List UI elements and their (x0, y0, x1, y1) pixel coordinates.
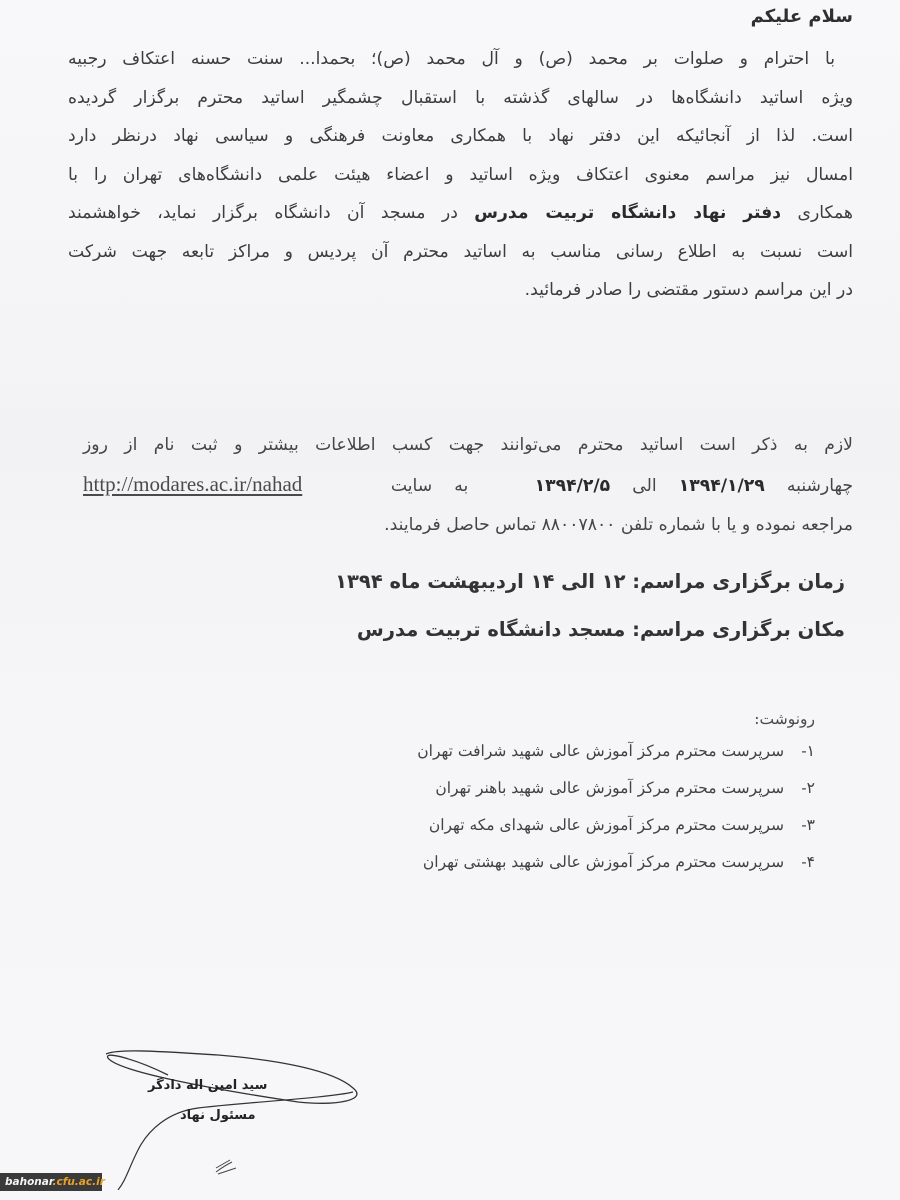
cc-item: ۴- سرپرست محترم مرکز آموزش عالی شهید بهش… (417, 853, 815, 890)
cc-item-number: ۴- (789, 853, 815, 871)
body-line-6: است نسبت به اطلاع رسانی مناسب به اساتید … (68, 233, 853, 272)
ceremony-place: مکان برگزاری مراسم: مسجد دانشگاه تربیت م… (357, 618, 845, 641)
registration-note: لازم به ذکر است اساتید محترم می‌توانند ج… (83, 426, 853, 545)
scanned-letter-page: سلام علیکم با احترام و صلوات بر محمد (ص)… (0, 0, 900, 1200)
signatory-title: مسئول نهاد (180, 1108, 256, 1123)
signatory-name: سید امین اله دادگر (148, 1078, 267, 1093)
body-line-2: ویژه اساتید دانشگاه‌ها در سالهای گذشته ب… (68, 79, 853, 118)
site-watermark: bahonar.cfu.ac.ir (0, 1173, 102, 1191)
ceremony-time: زمان برگزاری مراسم: ۱۲ الی ۱۴ اردیبهشت م… (335, 570, 845, 593)
greeting: سلام علیکم (751, 6, 853, 27)
date-to: ۱۳۹۴/۲/۵ (535, 476, 611, 496)
cc-item-text: سرپرست محترم مرکز آموزش عالی شهید شرافت … (417, 742, 784, 760)
cc-list: ۱- سرپرست محترم مرکز آموزش عالی شهید شرا… (417, 742, 815, 890)
ceremony-time-value: ۱۲ الی ۱۴ اردیبهشت ماه ۱۳۹۴ (335, 570, 625, 593)
cc-item-text: سرپرست محترم مرکز آموزش عالی شهدای مکه ت… (429, 816, 784, 834)
note-weekday: چهارشنبه (787, 476, 853, 496)
cc-item-text: سرپرست محترم مرکز آموزش عالی شهید باهنر … (435, 779, 784, 797)
cc-item: ۲- سرپرست محترم مرکز آموزش عالی شهید باه… (417, 779, 815, 816)
cc-item: ۱- سرپرست محترم مرکز آموزش عالی شهید شرا… (417, 742, 815, 779)
note-phone-suffix: تماس حاصل فرمایند. (384, 515, 536, 535)
body-line-5: همکاری دفتر نهاد دانشگاه تربیت مدرس در م… (68, 194, 853, 233)
body-line-3: است. لذا از آنجائیکه این دفتر نهاد با هم… (68, 117, 853, 156)
body-line-7: در این مراسم دستور مقتضی را صادر فرمائید… (68, 271, 853, 310)
note-line-2: چهارشنبه ۱۳۹۴/۱/۲۹ الی ۱۳۹۴/۲/۵ به سایت … (83, 465, 853, 506)
body-line-5-suffix: در مسجد آن دانشگاه برگزار نماید، خواهشمن… (68, 203, 458, 223)
note-site-label: به سایت (391, 476, 468, 496)
cc-item: ۳- سرپرست محترم مرکز آموزش عالی شهدای مک… (417, 816, 815, 853)
watermark-part-1: bahonar (5, 1176, 53, 1188)
ceremony-time-label: زمان برگزاری مراسم: (632, 570, 845, 593)
ceremony-place-value: مسجد دانشگاه تربیت مدرس (357, 618, 625, 641)
letter-body: با احترام و صلوات بر محمد (ص) و آل محمد … (68, 40, 853, 310)
cc-item-number: ۱- (789, 742, 815, 760)
note-phone-prefix: مراجعه نموده و یا با شماره تلفن (621, 515, 853, 535)
note-line-1: لازم به ذکر است اساتید محترم می‌توانند ج… (83, 426, 853, 465)
cc-item-number: ۲- (789, 779, 815, 797)
body-line-5-prefix: همکاری (798, 203, 853, 223)
website-link[interactable]: http://modares.ac.ir/nahad (83, 472, 302, 496)
cc-item-text: سرپرست محترم مرکز آموزش عالی شهید بهشتی … (423, 853, 784, 871)
organizer-name: دفتر نهاد دانشگاه تربیت مدرس (474, 203, 781, 223)
cc-item-number: ۳- (789, 816, 815, 834)
body-line-4: امسال نیز مراسم معنوی اعتکاف ویژه اساتید… (68, 156, 853, 195)
phone-number: ۸۸۰۰۷۸۰۰ (542, 515, 616, 535)
note-line-3: مراجعه نموده و یا با شماره تلفن ۸۸۰۰۷۸۰۰… (83, 506, 853, 545)
note-between: الی (632, 476, 656, 496)
watermark-part-2: .cfu.ac.ir (53, 1176, 105, 1188)
body-line-1: با احترام و صلوات بر محمد (ص) و آل محمد … (68, 40, 853, 79)
cc-title: رونوشت: (754, 710, 815, 728)
date-from: ۱۳۹۴/۱/۲۹ (679, 476, 765, 496)
ceremony-place-label: مکان برگزاری مراسم: (632, 618, 845, 641)
